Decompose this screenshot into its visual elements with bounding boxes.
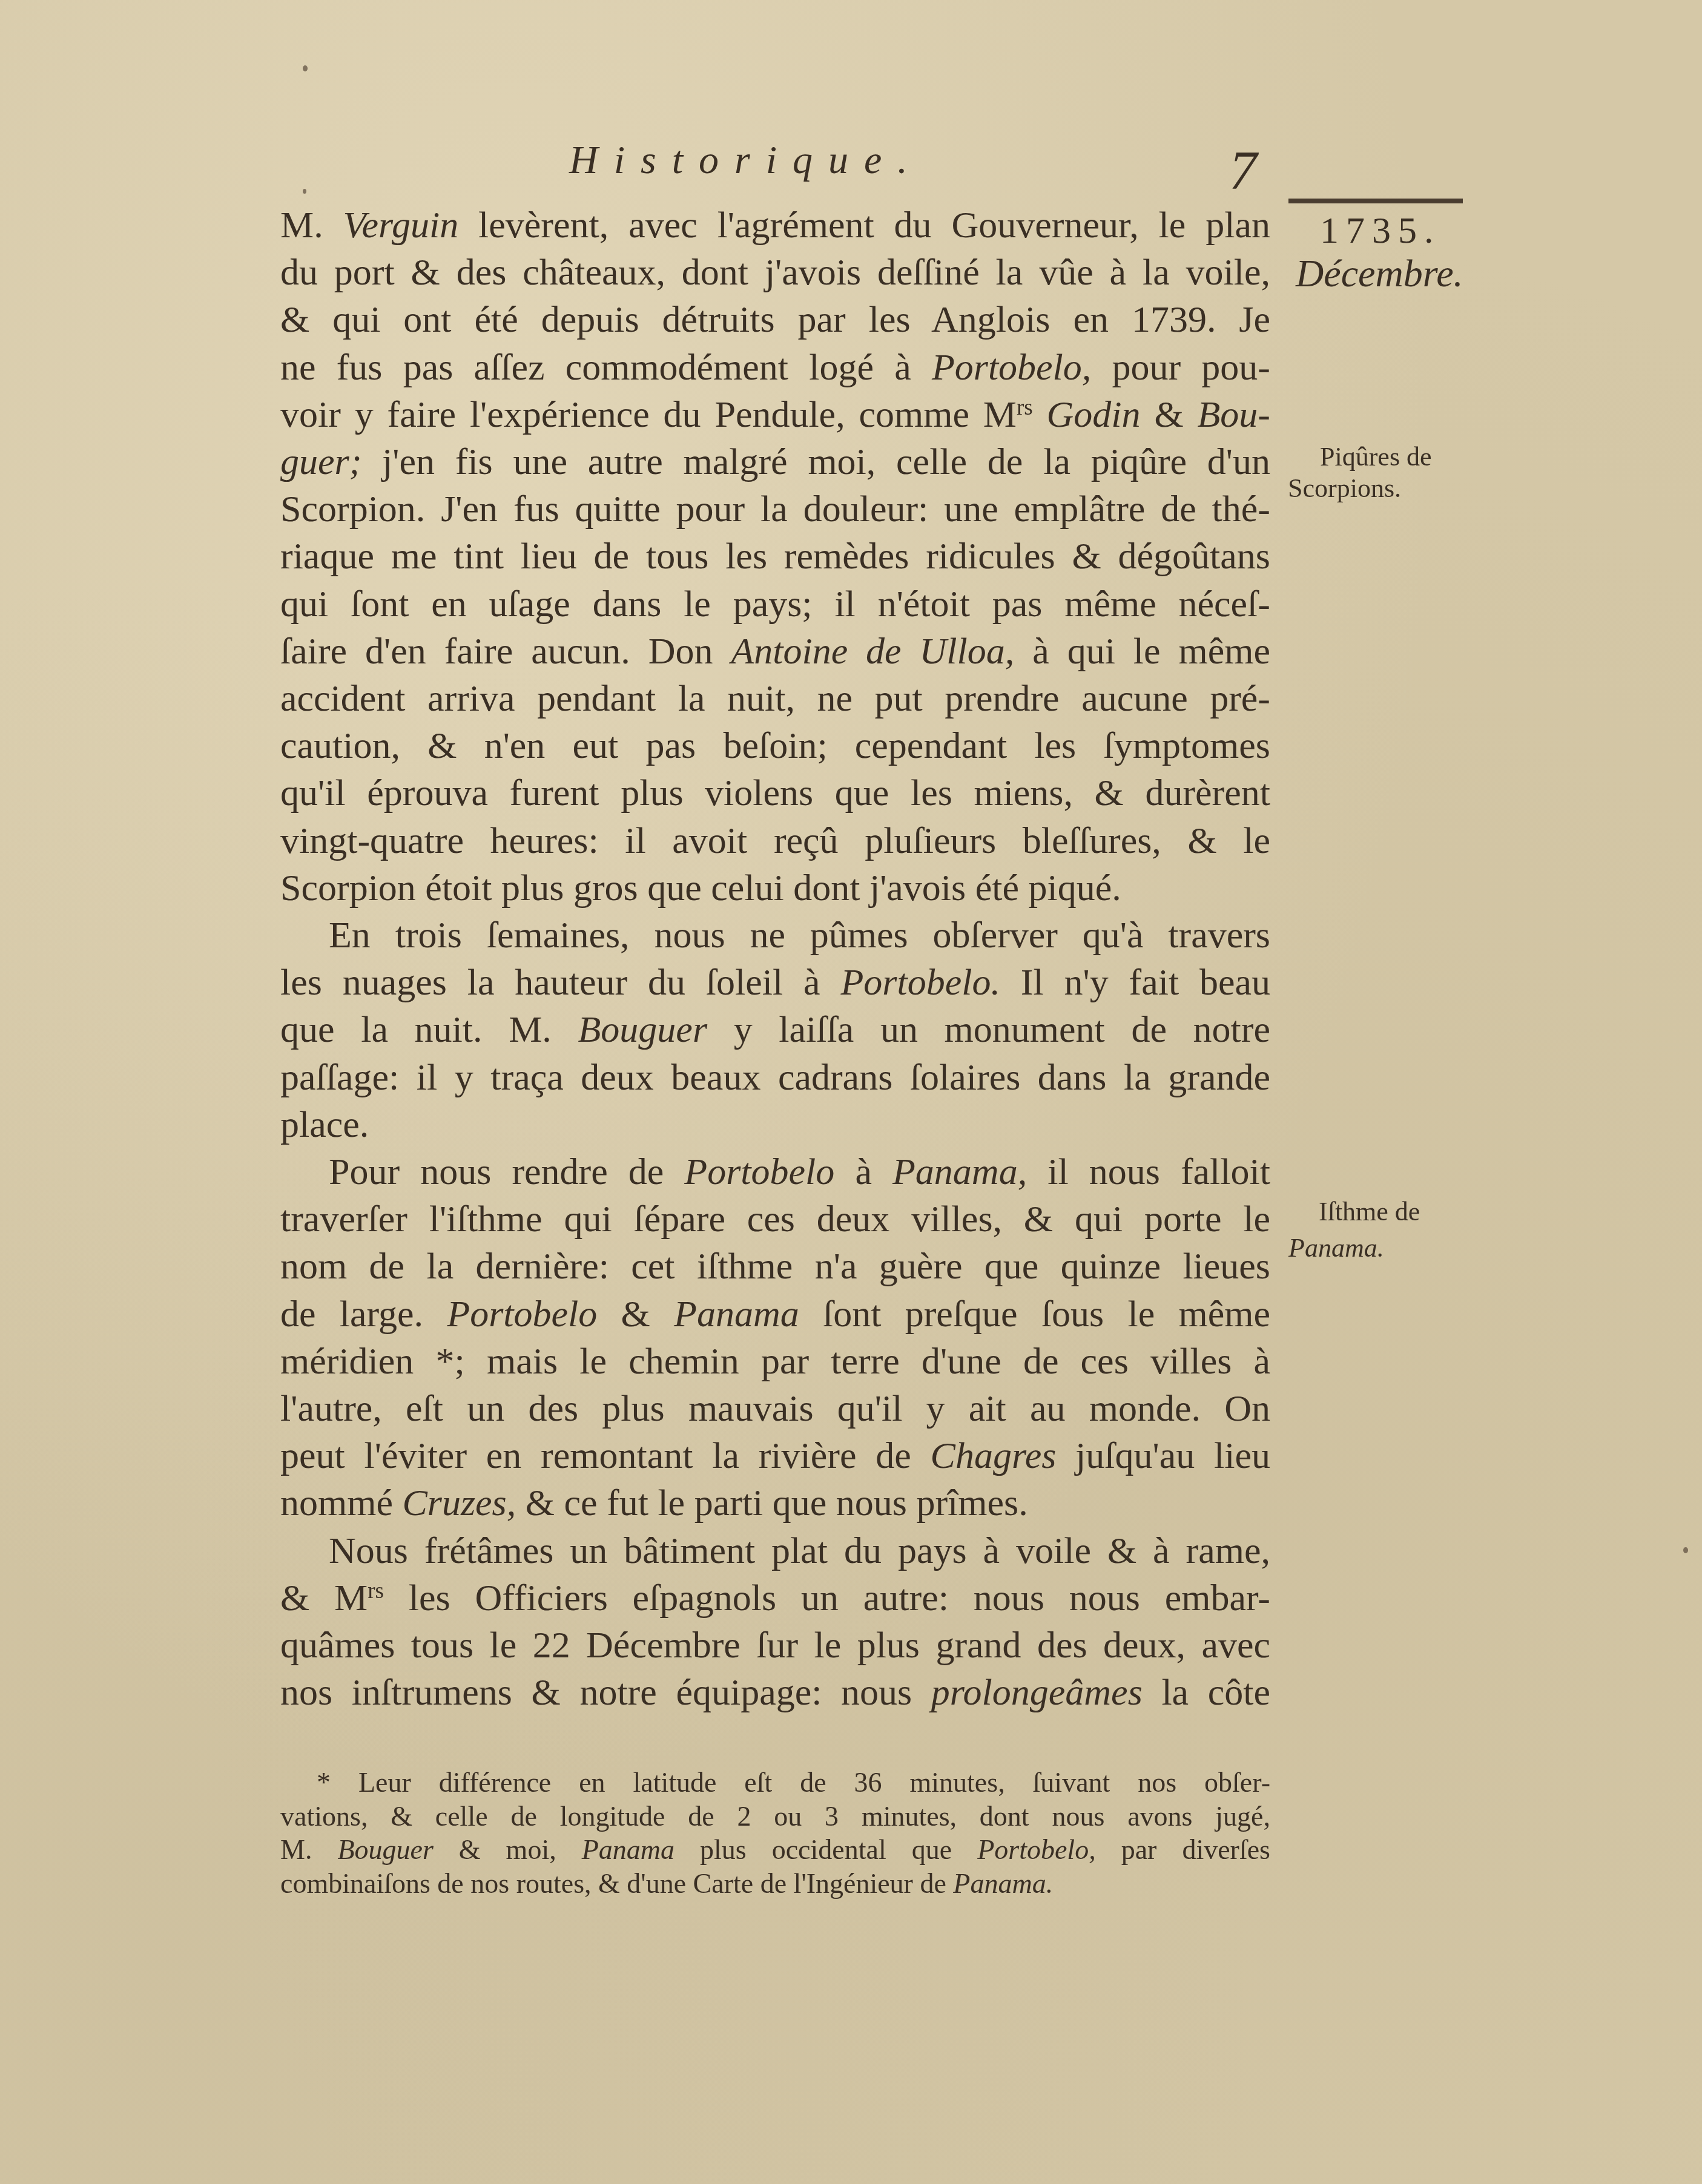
margin-note-scorpions-line2: Scorpions.: [1288, 475, 1401, 502]
text-run: & ce fut le parti que nous prîmes.: [516, 1482, 1027, 1524]
running-head-text: Historique.: [569, 138, 923, 182]
body-line: nom de la dernière: cet iſthme n'a guère…: [280, 1243, 1270, 1290]
italic-text: Panama: [674, 1294, 799, 1335]
body-line: vingt-quatre heures: il avoit reçû pluſi…: [280, 817, 1270, 864]
text-run: du port & des châteaux, dont j'avois deſ…: [280, 252, 1270, 293]
text-run: y laiſſa un monument de notre: [707, 1009, 1270, 1050]
margin-note-scorpions-line1: Piqûres de: [1320, 444, 1432, 470]
margin-rule: [1288, 199, 1463, 203]
superscript: rs: [368, 1578, 384, 1603]
text-run: M.: [280, 1834, 337, 1865]
text-run: il nous falloit: [1027, 1151, 1270, 1192]
text-run: vations, & celle de longitude de 2 ou 3 …: [280, 1801, 1270, 1832]
footnote-line: combinaiſons de nos routes, & d'une Cart…: [280, 1867, 1270, 1901]
body-line: voir y faire l'expérience du Pendule, co…: [280, 391, 1270, 438]
italic-text: Panama.: [953, 1868, 1053, 1899]
text-run: qui ſont en uſage dans le pays; il n'éto…: [280, 584, 1270, 625]
body-line: peut l'éviter en remontant la rivière de…: [280, 1432, 1270, 1479]
page-number: 7: [1229, 142, 1257, 198]
text-run: juſqu'au lieu: [1056, 1435, 1270, 1476]
text-run: voir y faire l'expérience du Pendule, co…: [280, 394, 1017, 435]
body-line: & qui ont été depuis détruits par les An…: [280, 296, 1270, 343]
body-line: nos inſtrumens & notre équipage: nous pr…: [280, 1669, 1270, 1716]
text-run: Pour nous rendre de: [329, 1151, 684, 1192]
body-line: ſaire d'en faire aucun. Don Antoine de U…: [280, 628, 1270, 675]
body-line: & Mrs les Officiers eſpagnols un autre: …: [280, 1574, 1270, 1622]
text-run: caution, & n'en eut pas beſoin; cependan…: [280, 725, 1270, 766]
body-line: méridien *; mais le chemin par terre d'u…: [280, 1338, 1270, 1385]
book-page: Historique. 7 1735. Décembre. Piqûres de…: [0, 0, 1702, 2184]
body-line: En trois ſemaines, nous ne pûmes obſerve…: [329, 912, 1270, 959]
italic-text: Verguin: [343, 205, 459, 246]
text-run: vingt-quatre heures: il avoit reçû pluſi…: [280, 820, 1270, 861]
text-run: M.: [280, 205, 343, 246]
italic-text: Chagres: [931, 1435, 1057, 1476]
text-run: qu'il éprouva furent plus violens que le…: [280, 772, 1270, 814]
text-run: à: [834, 1151, 892, 1192]
text-run: * Leur différence en latitude eſt de 36 …: [317, 1767, 1270, 1798]
text-run: accident arriva pendant la nuit, ne put …: [280, 678, 1270, 719]
text-run: traverſer l'iſthme qui ſépare ces deux v…: [280, 1199, 1270, 1240]
text-run: Scorpion étoit plus gros que celui dont …: [280, 867, 1121, 909]
italic-text: Bouguer: [578, 1009, 707, 1050]
body-line: Scorpion. J'en fus quitte pour la douleu…: [280, 485, 1270, 533]
text-run: peut l'éviter en remontant la rivière de: [280, 1435, 931, 1476]
text-run: plus occidental que: [675, 1834, 977, 1865]
text-run: place.: [280, 1104, 369, 1145]
body-line: place.: [280, 1101, 1270, 1148]
text-run: l'autre, eſt un des plus mauvais qu'il y…: [280, 1388, 1270, 1429]
italic-text: Portobelo: [684, 1151, 834, 1192]
body-line: Scorpion étoit plus gros que celui dont …: [280, 864, 1270, 912]
text-run: nom de la dernière: cet iſthme n'a guère…: [280, 1246, 1270, 1287]
text-run: ſont preſque ſous le même: [799, 1294, 1270, 1335]
text-run: ſaire d'en faire aucun. Don: [280, 631, 731, 672]
body-line: Pour nous rendre de Portobelo à Panama, …: [329, 1148, 1270, 1196]
text-run: que la nuit. M.: [280, 1009, 578, 1050]
paper-speck: [303, 189, 306, 194]
paper-speck: [303, 65, 308, 71]
text-run: de large.: [280, 1294, 447, 1335]
body-line: ne fus pas aſſez commodément logé à Port…: [280, 344, 1270, 391]
text-run: j'en fis une autre malgré moi, celle de …: [361, 441, 1270, 482]
margin-note-year: 1735.: [1320, 212, 1441, 249]
running-head: Historique.: [569, 140, 923, 180]
body-line: caution, & n'en eut pas beſoin; cependan…: [280, 722, 1270, 769]
text-run: nommé: [280, 1482, 402, 1524]
body-line: traverſer l'iſthme qui ſépare ces deux v…: [280, 1196, 1270, 1243]
italic-text: Panama: [582, 1834, 675, 1865]
text-run: la côte: [1143, 1672, 1270, 1713]
text-run: & moi,: [434, 1834, 582, 1865]
italic-text: guer;: [280, 441, 361, 482]
text-run: ne fus pas aſſez commodément logé à: [280, 347, 932, 388]
body-line: accident arriva pendant la nuit, ne put …: [280, 675, 1270, 722]
body-line: du port & des châteaux, dont j'avois deſ…: [280, 249, 1270, 296]
italic-text: Godin: [1047, 394, 1141, 435]
body-line: quâmes tous le 22 Décembre ſur le plus g…: [280, 1622, 1270, 1669]
text-run: Scorpion. J'en fus quitte pour la douleu…: [280, 488, 1270, 530]
text-run: les Officiers eſpagnols un autre: nous n…: [384, 1577, 1270, 1619]
text-run: Nous frétâmes un bâtiment plat du pays à…: [329, 1530, 1270, 1571]
text-run: [1033, 394, 1047, 435]
body-line: guer; j'en fis une autre malgré moi, cel…: [280, 438, 1270, 485]
body-line: qu'il éprouva furent plus violens que le…: [280, 769, 1270, 817]
text-run: paſſage: il y traça deux beaux cadrans ſ…: [280, 1057, 1270, 1098]
body-line: Nous frétâmes un bâtiment plat du pays à…: [329, 1527, 1270, 1574]
italic-text: Bouguer: [337, 1834, 433, 1865]
footnote-line: M. Bouguer & moi, Panama plus occidental…: [280, 1833, 1270, 1867]
body-line: M. Verguin levèrent, avec l'agrément du …: [280, 202, 1270, 249]
margin-note-isthme-line1: Iſthme de: [1319, 1199, 1420, 1225]
text-run: nos inſtrumens & notre équipage: nous: [280, 1672, 931, 1713]
body-line: les nuages la hauteur du ſoleil à Portob…: [280, 959, 1270, 1006]
text-run: & qui ont été depuis détruits par les An…: [280, 299, 1270, 340]
italic-text: Portobelo,: [977, 1834, 1095, 1865]
paper-speck: [1683, 1547, 1688, 1553]
text-run: méridien *; mais le chemin par terre d'u…: [280, 1341, 1270, 1382]
footnote-line: * Leur différence en latitude eſt de 36 …: [317, 1766, 1270, 1800]
body-line: riaque me tint lieu de tous les remèdes …: [280, 533, 1270, 580]
text-run: &: [1141, 394, 1198, 435]
footnote-line: vations, & celle de longitude de 2 ou 3 …: [280, 1800, 1270, 1834]
text-run: par diverſes: [1096, 1834, 1270, 1865]
body-line: de large. Portobelo & Panama ſont preſqu…: [280, 1291, 1270, 1338]
italic-text: prolongeâmes: [931, 1672, 1143, 1713]
italic-text: Bou-: [1197, 394, 1270, 435]
italic-text: Portobelo,: [932, 347, 1091, 388]
text-run: &: [597, 1294, 674, 1335]
body-line: l'autre, eſt un des plus mauvais qu'il y…: [280, 1385, 1270, 1432]
body-line: qui ſont en uſage dans le pays; il n'éto…: [280, 581, 1270, 628]
italic-text: Antoine de Ulloa,: [731, 631, 1014, 672]
body-line: nommé Cruzes, & ce fut le parti que nous…: [280, 1479, 1270, 1527]
text-run: & M: [280, 1577, 368, 1619]
body-line: paſſage: il y traça deux beaux cadrans ſ…: [280, 1054, 1270, 1101]
body-line: que la nuit. M. Bouguer y laiſſa un monu…: [280, 1006, 1270, 1053]
italic-text: Cruzes,: [402, 1482, 516, 1524]
text-run: à qui le même: [1014, 631, 1270, 672]
superscript: rs: [1017, 395, 1033, 419]
text-run: les nuages la hauteur du ſoleil à: [280, 962, 840, 1003]
margin-note-isthme-line2: Panama.: [1288, 1235, 1384, 1261]
text-run: En trois ſemaines, nous ne pûmes obſerve…: [329, 915, 1270, 956]
italic-text: Portobelo: [447, 1294, 597, 1335]
italic-text: Portobelo.: [840, 962, 1000, 1003]
italic-text: Panama,: [892, 1151, 1027, 1192]
text-run: Il n'y fait beau: [1000, 962, 1270, 1003]
text-run: quâmes tous le 22 Décembre ſur le plus g…: [280, 1625, 1270, 1666]
text-run: combinaiſons de nos routes, & d'une Cart…: [280, 1868, 953, 1899]
text-run: riaque me tint lieu de tous les remèdes …: [280, 536, 1270, 577]
text-run: pour pou-: [1091, 347, 1270, 388]
text-run: levèrent, avec l'agrément du Gouverneur,…: [458, 205, 1270, 246]
margin-note-month: Décembre.: [1296, 254, 1463, 293]
